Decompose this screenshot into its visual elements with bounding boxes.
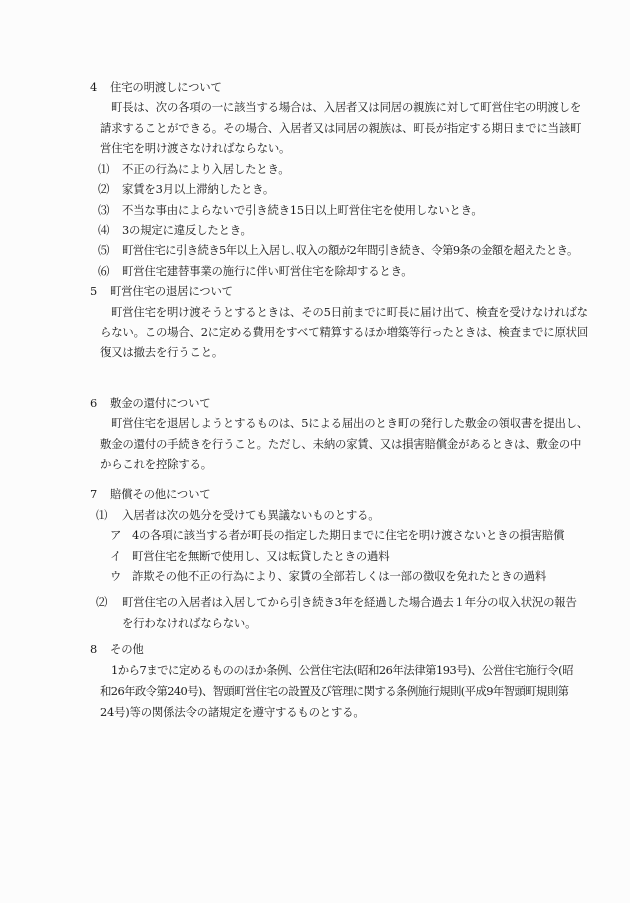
section-8-body-line-3: 24号)等の関係法令の諸規定を遵守するものとする。 (100, 705, 365, 719)
item-label: ⑹ (98, 264, 122, 278)
section-title: 敷金の還付について (110, 396, 211, 410)
item-text: 3の規定に違反したとき。 (122, 223, 252, 237)
section-8-body-line-1: 1から7までに定めるもののほか条例、公営住宅法(昭和26年法律第193号)、公営… (111, 663, 573, 677)
section-7-subitem-u: ウ詐欺その他不正の行為により、家賃の全部若しくは一部の徴収を免れたときの過料 (110, 569, 546, 583)
section-5-heading: 5町営住宅の退居について (90, 284, 233, 298)
section-4-body-line-2: 請求することができる。その場合、入居者又は同居の親族は、町長が指定する期日までに… (100, 121, 581, 135)
section-7-item-2-continuation: を行わなければならない｡ (122, 616, 251, 630)
section-number: 5 (90, 284, 110, 298)
section-4-item-2: ⑵家賃を3月以上滞納したとき。 (98, 182, 274, 196)
section-4-item-5: ⑸町営住宅に引き続き5年以上入居し､収入の額が2年間引き続き、令第9条の金額を超… (98, 243, 578, 257)
section-7-subitem-i: イ町営住宅を無断で使用し、又は転貸したときの過料 (110, 549, 389, 563)
subitem-text: 4の各項に該当する者が町長の指定した期日までに住宅を明け渡さないときの損害賠償 (132, 528, 564, 542)
section-6-body-line-1: 町営住宅を退居しようとするものは、5による届出のとき町の発行した敷金の領収書を提… (111, 416, 588, 430)
section-number: 8 (90, 642, 110, 656)
section-5-body-line-1: 町営住宅を明け渡そうとするときは、その5日前までに町長に届け出て、検査を受けなけ… (111, 305, 588, 319)
item-label: ⑷ (98, 223, 122, 237)
section-7-item-1: ⑴入居者は次の処分を受けても異議ないものとする。 (96, 508, 379, 522)
item-text: 町営住宅に引き続き5年以上入居し､収入の額が2年間引き続き、令第9条の金額を超え… (122, 243, 578, 257)
item-text: 不当な事由によらないで引き続き15日以上町営住宅を使用しないとき。 (122, 203, 483, 217)
section-7-item-2: ⑵町営住宅の入居者は入居してから引き続き3年を経過した場合過去１年分の収入状況の… (96, 595, 577, 609)
item-label: ⑴ (96, 508, 122, 522)
section-4-body-line-1: 町長は、次の各項の一に該当する場合は、入居者又は同居の親族に対して町営住宅の明渡… (111, 100, 581, 114)
item-label: ⑵ (98, 182, 122, 196)
section-6-heading: 6敷金の還付について (90, 396, 211, 410)
item-label: ⑶ (98, 203, 122, 217)
item-label: ⑸ (98, 243, 122, 257)
section-5-body-line-2: らない。この場合、2に定める費用をすべて精算するほか増築等行ったときは、検査まで… (100, 325, 588, 339)
section-4-item-3: ⑶不当な事由によらないで引き続き15日以上町営住宅を使用しないとき。 (98, 203, 483, 217)
subitem-text: 詐欺その他不正の行為により、家賃の全部若しくは一部の徴収を免れたときの過料 (132, 569, 546, 583)
section-number: 4 (90, 80, 110, 94)
item-label: ⑵ (96, 595, 122, 609)
section-6-body-line-3: からこれを控除する。 (100, 457, 212, 471)
section-8-heading: 8その他 (90, 642, 144, 656)
item-text: 町営住宅建替事業の施行に伴い町営住宅を除却するとき。 (122, 264, 413, 278)
section-5-body-line-3: 復又は撤去を行うこと。 (100, 345, 223, 359)
section-title: 町営住宅の退居について (110, 284, 233, 298)
subitem-label: ア (110, 528, 132, 542)
section-8-body-line-2: 和26年政令第240号)、智頭町営住宅の設置及び管理に関する条例施行規則(平成9… (100, 684, 568, 698)
subitem-text: 町営住宅を無断で使用し、又は転貸したときの過料 (132, 549, 389, 563)
section-title: 賠償その他について (110, 487, 211, 501)
item-label: ⑴ (98, 162, 122, 176)
subitem-label: イ (110, 549, 132, 563)
section-4-body-line-3: 営住宅を明け渡さなければならない。 (100, 141, 290, 155)
section-number: 7 (90, 487, 110, 501)
item-text: 入居者は次の処分を受けても異議ないものとする。 (122, 508, 379, 522)
section-4-item-1: ⑴不正の行為により入居したとき。 (98, 162, 289, 176)
section-4-item-4: ⑷3の規定に違反したとき。 (98, 223, 252, 237)
section-title: その他 (110, 642, 144, 656)
section-7-subitem-a: ア4の各項に該当する者が町長の指定した期日までに住宅を明け渡さないときの損害賠償 (110, 528, 564, 542)
section-number: 6 (90, 396, 110, 410)
section-6-body-line-2: 敷金の還付の手続きを行うこと。ただし、未納の家賃、又は損害賠償金があるときは、敷… (100, 437, 581, 451)
document-page: 4住宅の明渡しについて 町長は、次の各項の一に該当する場合は、入居者又は同居の親… (0, 0, 630, 903)
section-title: 住宅の明渡しについて (110, 80, 222, 94)
item-text: 町営住宅の入居者は入居してから引き続き3年を経過した場合過去１年分の収入状況の報… (122, 595, 577, 609)
item-text: 不正の行為により入居したとき。 (122, 162, 289, 176)
section-7-heading: 7賠償その他について (90, 487, 211, 501)
section-4-item-6: ⑹町営住宅建替事業の施行に伴い町営住宅を除却するとき。 (98, 264, 413, 278)
item-text: 家賃を3月以上滞納したとき。 (122, 182, 274, 196)
subitem-label: ウ (110, 569, 132, 583)
section-4-heading: 4住宅の明渡しについて (90, 80, 222, 94)
